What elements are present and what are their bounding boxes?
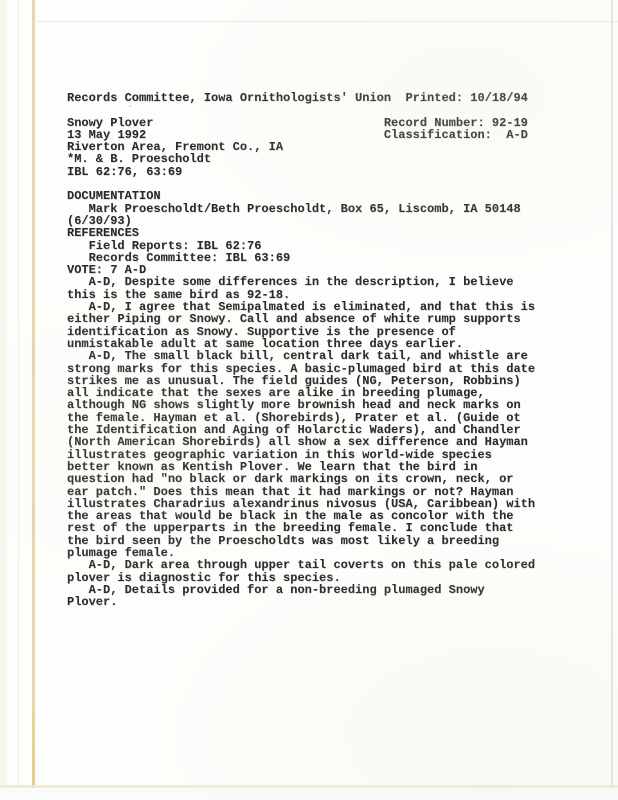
document-text: Records Committee, Iowa Ornithologists' … xyxy=(67,92,535,608)
text-line: rest of the upperparts in the breeding f… xyxy=(67,522,535,534)
text-line: question had "no black or dark markings … xyxy=(67,473,535,485)
text-line: REFERENCES xyxy=(67,227,535,239)
text-line: A-D, Details provided for a non-breeding… xyxy=(67,584,535,596)
text-line: DOCUMENTATION xyxy=(67,190,535,202)
text-line: *M. & B. Proescholdt xyxy=(67,153,535,165)
page-bottom-edge-line xyxy=(0,785,618,788)
scan-speck xyxy=(469,649,471,650)
text-line: A-D, Dark area through upper tail covert… xyxy=(67,559,535,571)
text-line: strong marks for this species. A basic-p… xyxy=(67,363,535,375)
text-line: Mark Proescholdt/Beth Proescholdt, Box 6… xyxy=(67,203,535,215)
text-line: ear patch." Does this mean that it had m… xyxy=(67,486,535,498)
text-line: (North American Shorebirds) all show a s… xyxy=(67,436,535,448)
text-line: A-D, The small black bill, central dark … xyxy=(67,350,535,362)
text-line: although NG shows slightly more brownish… xyxy=(67,399,535,411)
page-top-edge-line xyxy=(33,21,618,22)
text-line: IBL 62:76, 63:69 xyxy=(67,166,535,178)
scanned-page: Records Committee, Iowa Ornithologists' … xyxy=(0,0,618,800)
text-line: Field Reports: IBL 62:76 xyxy=(67,240,535,252)
text-line xyxy=(67,104,535,116)
text-line: A-D, Despite some differences in the des… xyxy=(67,276,535,288)
text-line: Records Committee, Iowa Ornithologists' … xyxy=(67,92,535,104)
page-left-margin-strip xyxy=(0,0,7,800)
text-line: Plover. xyxy=(67,596,535,608)
page-bottom-margin xyxy=(0,788,618,800)
page-right-edge-line xyxy=(611,0,613,800)
page-left-edge-line xyxy=(32,0,35,800)
text-line: either Piping or Snowy. Call and absence… xyxy=(67,313,535,325)
page-left-faint-edge xyxy=(18,0,19,800)
